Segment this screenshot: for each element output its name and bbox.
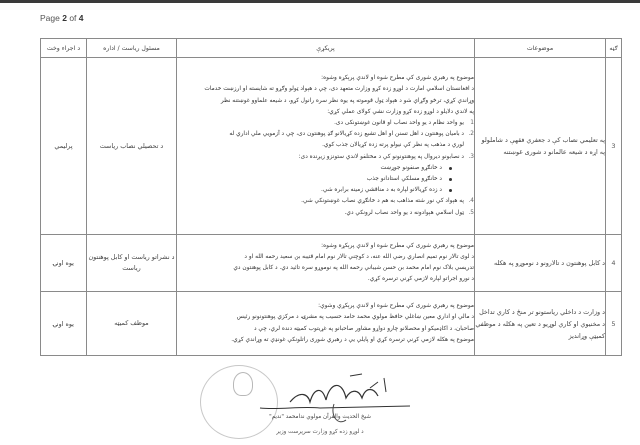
item-text: لورې د مذهب په نظر کې نيولو پرته زده کړي… [322, 142, 464, 148]
header-subject: موضوعات [475, 39, 606, 58]
row-decision: موضوع په رهبري شورى کې مطرح شوه او لاندې… [177, 235, 475, 292]
decision-line: وړاندې کړي، ترڅو وګړاې شو د هېواد ټول قو… [177, 96, 474, 107]
row-number: 3 [606, 58, 622, 235]
decision-numbered-list: 1يو واحد نظام د يو واحد نصاب او قانون غو… [177, 118, 474, 163]
item-text: د باميان پوهنتون د اهل تسنن او اهل تشيع … [229, 131, 464, 137]
decision-numbered-list-continued: 4.په هېواد کې نور شته مذاهب به هم د خانګ… [177, 196, 474, 218]
item-number: 3. [468, 152, 474, 163]
decision-intro: موضوع په رهبري شورى کې مطرح شوه او لاندې… [177, 301, 474, 312]
list-item: 4.په هېواد کې نور شته مذاهب به هم د خانګ… [177, 196, 474, 207]
list-item: 1يو واحد نظام د يو واحد نصاب او قانون غو… [177, 118, 474, 129]
row-number: 5 [606, 292, 622, 356]
list-item: 3.د نصابونو ديروال په پوهنتونونو کې د مخ… [177, 152, 474, 163]
decision-line: موضوع په هکله لازمې کړنې ترسره کړي او پا… [177, 335, 474, 346]
page-indicator: Page 2 of 4 [40, 13, 84, 23]
row-subject: په تعليمي نصاب کې د جعفري فقهې د شاملولو… [475, 58, 606, 235]
top-edge-bar [0, 0, 640, 3]
table-row: 3 په تعليمي نصاب کې د جعفري فقهې د شاملو… [41, 58, 622, 235]
total-pages: 4 [79, 13, 84, 23]
item-number: 2. [468, 129, 474, 140]
decision-line: صاحبان، د اکاډميکو او محصلانو چارو دواړو… [177, 324, 474, 335]
item-text: ټول اسلامي هېوادونه د يو واحد نصاب لرونک… [345, 210, 464, 216]
row-subject: د وزارت د داخلي رياستونو تر منځ د کاري ت… [475, 292, 606, 356]
bullet-item: د خانګړو مسلکي استادانو جذب [177, 174, 474, 185]
signatory-name: شيخ الحديث والقرآن مولوي ندامحمد "نديم" [250, 414, 390, 420]
page-label-middle: of [67, 13, 79, 23]
decision-line: تدريسي بلاک نوم امام محمد بن حسن شيباني … [177, 263, 474, 274]
header-time: د اجراء وخت [41, 39, 87, 58]
table-row: 4 د کابل پوهنتون د تالارونو د نوموړو په … [41, 235, 622, 292]
table-row: 5 د وزارت د داخلي رياستونو تر منځ د کاري… [41, 292, 622, 356]
decision-bullet-list: د خانګړو صنفونو جوړښت د خانګړو مسلکي است… [177, 163, 474, 197]
row-time: يوه اونۍ [41, 292, 87, 356]
row-responsible: موظف کميټه [87, 292, 177, 356]
decision-intro: موضوع په رهبري شورى کې مطرح شوه او لاندې… [177, 241, 474, 252]
bullet-item: د زده کړيالانو لپاره به د مناقشي زمينه ب… [177, 185, 474, 196]
page-label-prefix: Page [40, 13, 62, 23]
item-text: يو واحد نظام د يو واحد نصاب او قانون غوښ… [334, 120, 464, 126]
decision-line: د افغانستان اسلامي امارت د لوړو زده کړو … [177, 84, 474, 95]
list-item: لورې د مذهب په نظر کې نيولو پرته زده کړي… [177, 140, 474, 151]
decision-line: د مالي او اداري معين ښاغلي حافظ مولوي مح… [177, 312, 474, 323]
row-number: 4 [606, 235, 622, 292]
row-decision: موضوع په رهبري شورى کې مطرح شوه او لاندې… [177, 58, 475, 235]
row-decision: موضوع په رهبري شورى کې مطرح شوه او لاندې… [177, 292, 475, 356]
decision-intro: موضوع په رهبري شورى کې مطرح شوه او لاندې… [177, 73, 474, 84]
item-text: په هېواد کې نور شته مذاهب به هم د خانګړي… [301, 198, 464, 204]
list-item: 2.د باميان پوهنتون د اهل تسنن او اهل تشي… [177, 129, 474, 140]
signatory-title: د لوړو زده کړو وزارت سرپرست وزير [260, 429, 380, 435]
item-number: 5. [468, 208, 474, 219]
header-number: ګڼه [606, 39, 622, 58]
decision-line: په لاندې دلايلو د لوړو زده کړو وزارت نشي… [177, 107, 474, 118]
row-time: پرليمي [41, 58, 87, 235]
decision-line: د لوى تالار نوم تميم انصاري رضي الله عنه… [177, 252, 474, 263]
header-decision: پریکړې [177, 39, 475, 58]
bullet-item: د خانګړو صنفونو جوړښت [177, 163, 474, 174]
row-time: يوه اونۍ [41, 235, 87, 292]
row-subject: د کابل پوهنتون د تالارونو د نوموړو په هک… [475, 235, 606, 292]
item-text: د نصابونو ديروال په پوهنتونونو کې د مختل… [299, 154, 464, 160]
list-item: 5.ټول اسلامي هېوادونه د يو واحد نصاب لرو… [177, 208, 474, 219]
signature-block: شيخ الحديث والقرآن مولوي ندامحمد "نديم" … [190, 363, 420, 443]
item-number: 4. [468, 196, 474, 207]
table-header-row: ګڼه موضوعات پریکړې مسئول رياست / اداره د… [41, 39, 622, 58]
header-responsible: مسئول رياست / اداره [87, 39, 177, 58]
decision-line: د نورو اجراتو لپاره لازمي کړني ترسره کړي… [177, 274, 474, 285]
row-responsible: د نشراتو رياست او کابل پوهنتون رياست [87, 235, 177, 292]
row-responsible: د تحصيلي نصاب رياست [87, 58, 177, 235]
item-number: 1 [470, 118, 474, 129]
decisions-table: ګڼه موضوعات پریکړې مسئول رياست / اداره د… [40, 38, 622, 356]
